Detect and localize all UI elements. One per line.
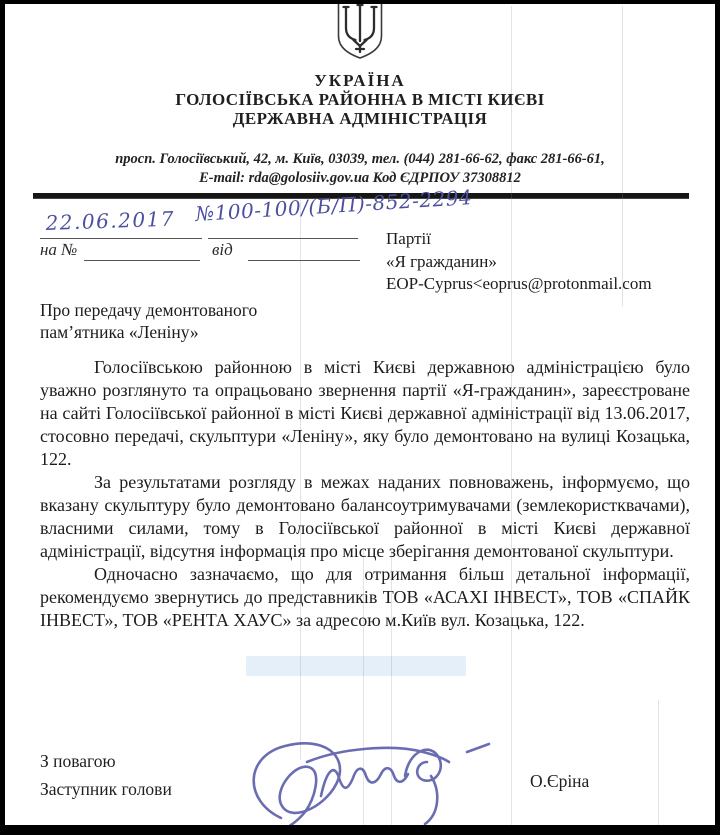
from-label: від (212, 240, 233, 260)
closing-regards: З повагою (40, 751, 116, 772)
letter-body: Голосіївською районною в місті Києві дер… (40, 356, 690, 632)
handwritten-date: 22.06.2017 (45, 206, 175, 235)
letterhead: УКРАЇНА ГОЛОСІЇВСЬКА РАЙОННА В МІСТІ КИЄ… (0, 71, 720, 128)
scan-fold-line (511, 6, 512, 826)
subject-line1: Про передачу демонтованого (40, 299, 257, 321)
body-paragraph-2: За результатами розгляду в межах наданих… (40, 471, 690, 563)
org-name-line1: ГОЛОСІЇВСЬКА РАЙОННА В МІСТІ КИЄВІ (0, 90, 720, 109)
subject-line2: пам’ятника «Леніну» (40, 321, 257, 343)
handwritten-signature (243, 722, 515, 834)
recipient-line2: «Я гражданин» (386, 251, 652, 274)
handwritten-ref-number: №100-100/(Б/П)-852-2294 (195, 185, 473, 226)
on-number-underline (84, 260, 200, 261)
body-paragraph-3: Одночасно зазначаємо, що для отримання б… (40, 563, 690, 632)
scan-fold-line (300, 200, 301, 760)
number-underline (208, 238, 358, 239)
signer-name: О.Єріна (530, 771, 589, 792)
recipient-line1: Партії (386, 228, 652, 251)
body-paragraph-1: Голосіївською районною в місті Києві дер… (40, 356, 690, 471)
scan-smudge (246, 656, 466, 676)
address-line2: E-mail: rda@golosiiv.gov.ua Код ЄДРПОУ 3… (0, 169, 720, 188)
org-name-line2: ДЕРЖАВНА АДМІНІСТРАЦІЯ (0, 109, 720, 128)
on-number-label: на № (40, 240, 77, 260)
letterhead-address: просп. Голосіївський, 42, м. Київ, 03039… (0, 150, 720, 187)
signer-position: Заступник голови (40, 779, 172, 800)
address-line1: просп. Голосіївський, 42, м. Київ, 03039… (0, 150, 720, 169)
from-underline (248, 260, 360, 261)
subject-block: Про передачу демонтованого пам’ятника «Л… (40, 299, 257, 343)
ukraine-trident-icon (336, 2, 384, 59)
scanned-letter-page: УКРАЇНА ГОЛОСІЇВСЬКА РАЙОННА В МІСТІ КИЄ… (0, 0, 720, 835)
recipient-block: Партії «Я гражданин» EOP-Cyprus<eoprus@p… (386, 228, 652, 296)
recipient-email: EOP-Cyprus<eoprus@protonmail.com (386, 273, 652, 296)
date-underline (40, 238, 202, 239)
scan-fold-line (658, 700, 659, 826)
country-name: УКРАЇНА (0, 71, 720, 90)
scan-fold-line (622, 6, 623, 306)
